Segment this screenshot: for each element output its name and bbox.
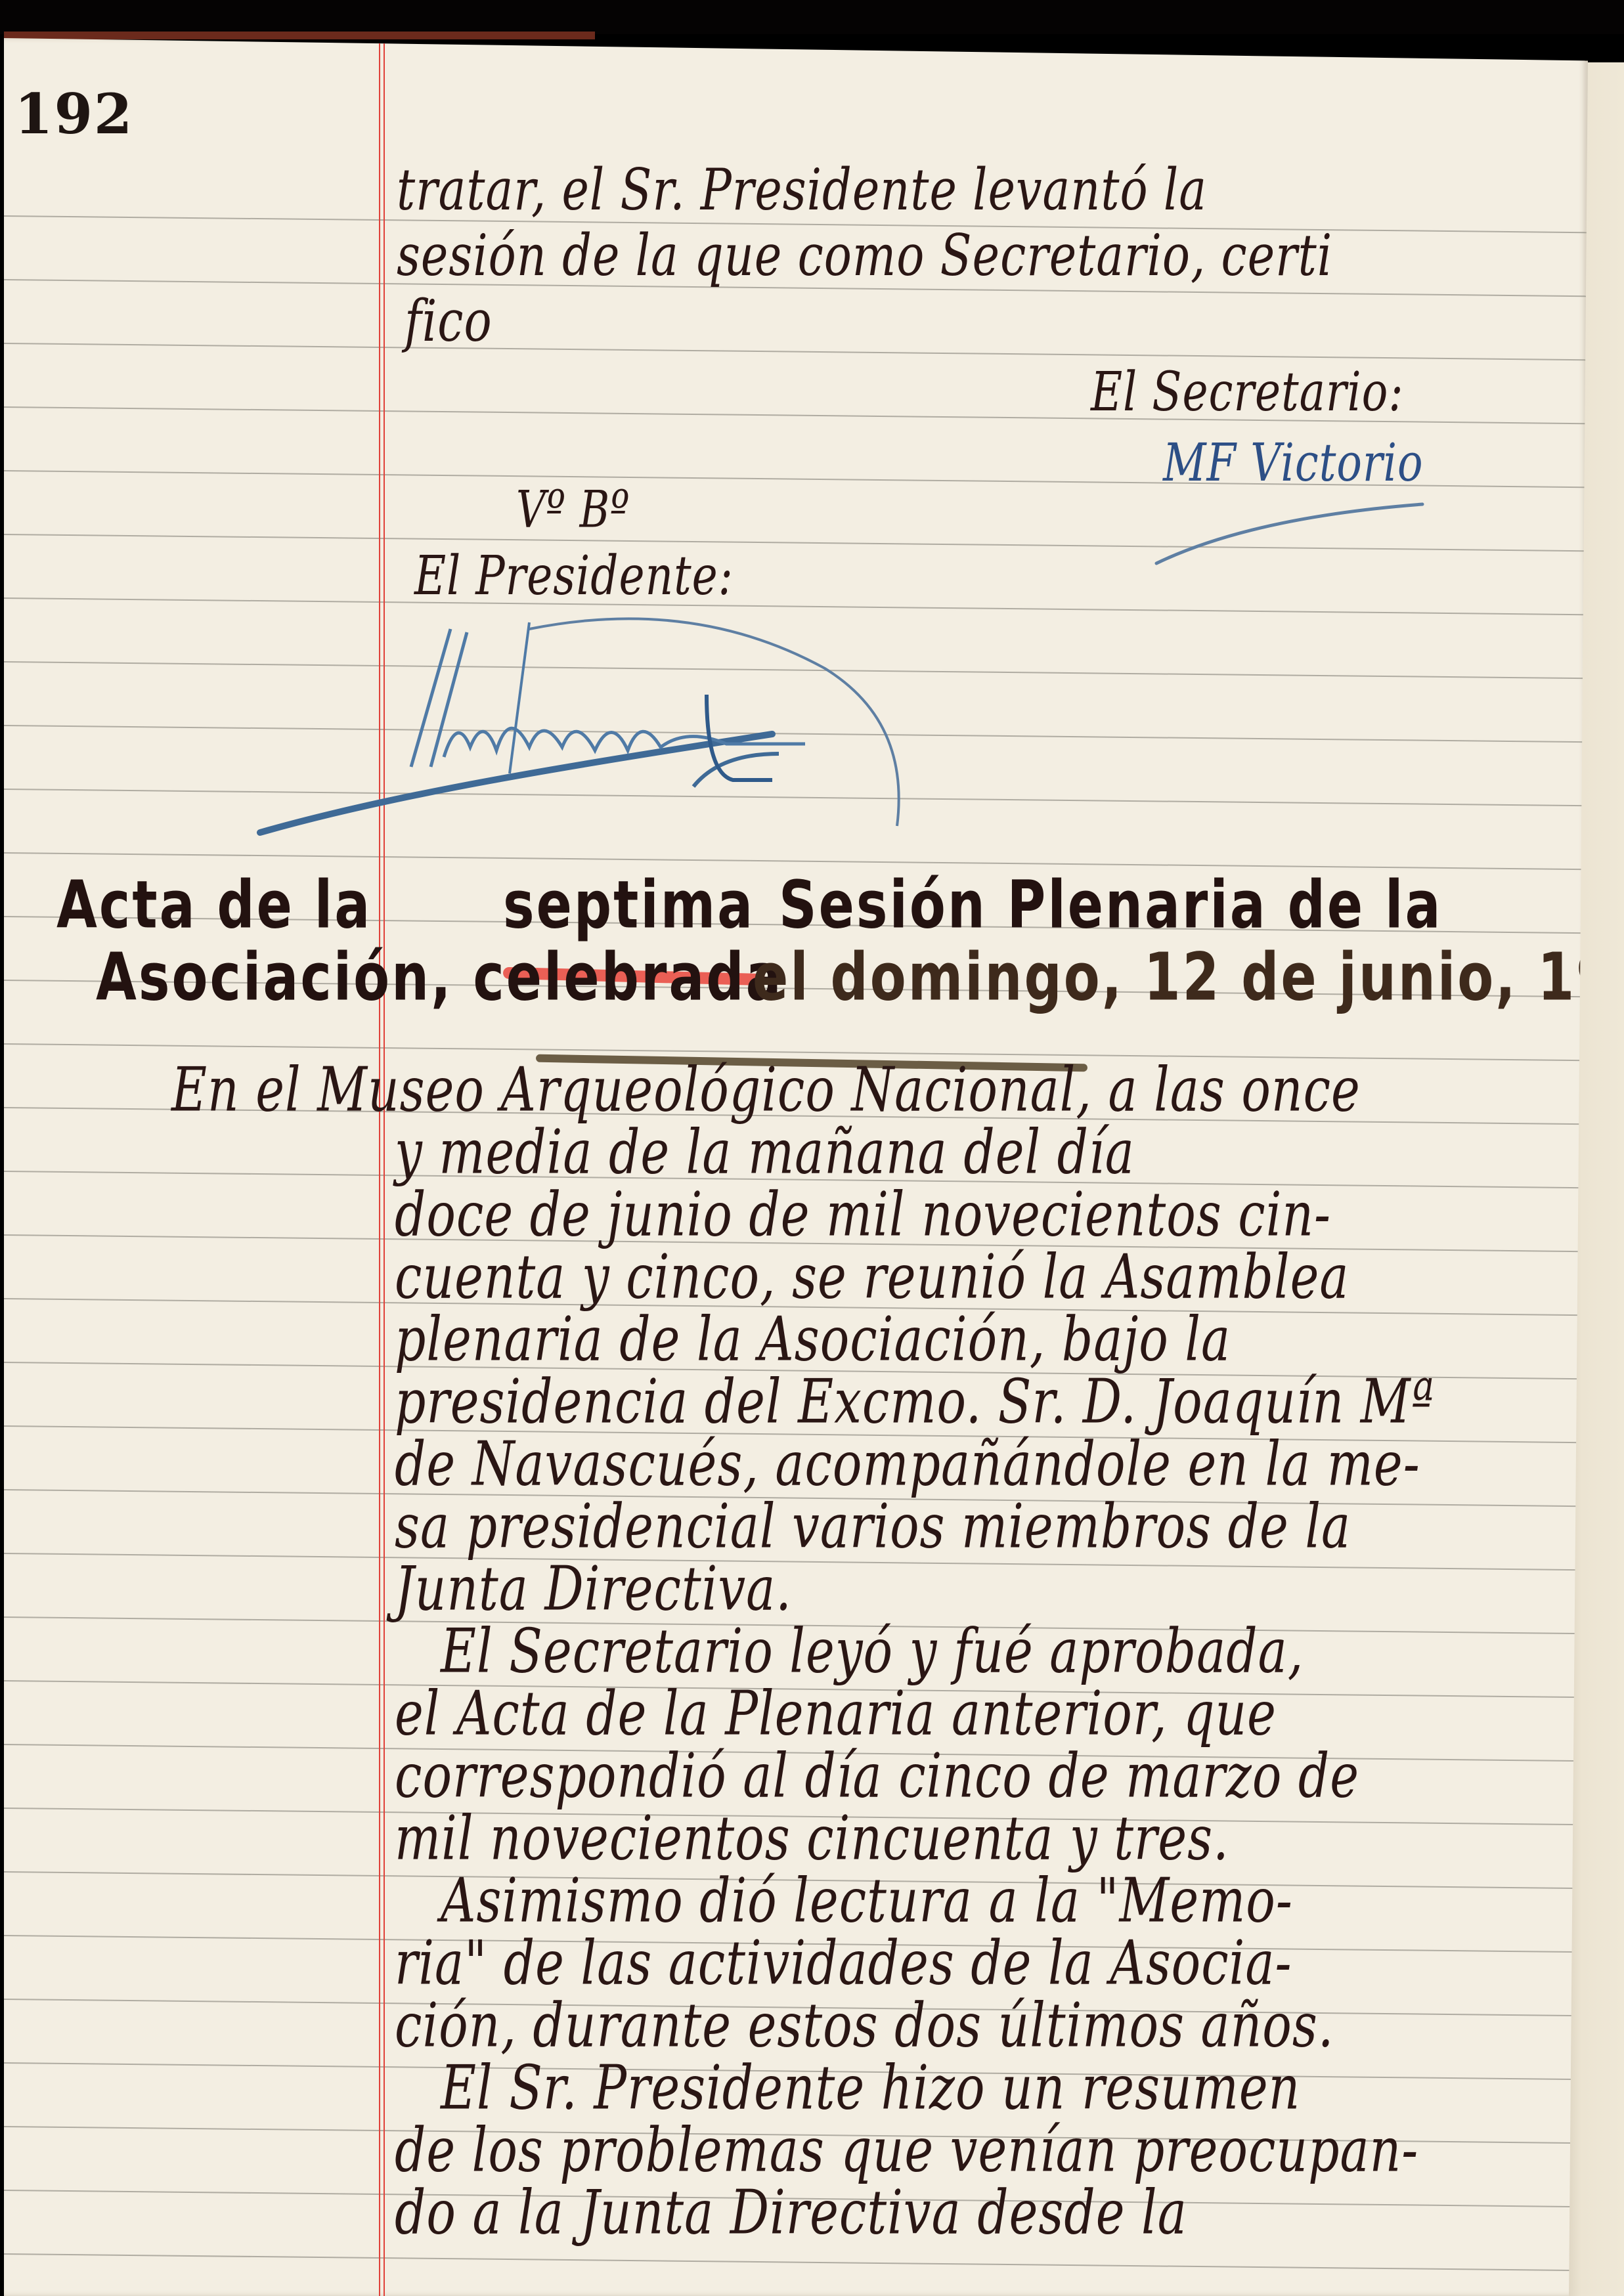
body-line: El Secretario leyó y fué aprobada, (441, 1616, 1304, 1687)
minutes-heading-line2: Asociación, celebrada (96, 939, 783, 1015)
body-line: sa presidencial varios miembros de la (395, 1492, 1351, 1563)
ruled-line (4, 2253, 1588, 2271)
body-line: y media de la mañana del día (395, 1117, 1135, 1188)
scan-background-top (0, 0, 1624, 34)
page-number: 192 (14, 81, 133, 146)
book-page-edge (4, 32, 595, 39)
previous-minutes-line: fico (405, 288, 493, 355)
body-line: de Navascués, acompañándole en la me- (395, 1429, 1420, 1500)
body-line: el Acta de la Plenaria anterior, que (395, 1679, 1277, 1750)
ruled-line (4, 343, 1588, 360)
secretary-signature-flourish (1153, 491, 1429, 570)
previous-minutes-line: tratar, el Sr. Presidente levantó la (397, 156, 1207, 224)
body-line: ción, durante estos dos últimos años. (395, 1991, 1334, 2062)
minutes-heading-date: el domingo, 12 de junio, 1955. (753, 939, 1624, 1015)
minutes-heading-line1-suffix: Sesión Plenaria de la (779, 867, 1442, 943)
body-line: plenaria de la Asociación, bajo la (395, 1305, 1231, 1375)
secretary-label: El Secretario: (1091, 360, 1404, 423)
body-line: Asimismo dió lectura a la "Memo- (441, 1866, 1293, 1937)
margin-line-red (384, 38, 385, 2296)
body-line: presidencia del Excmo. Sr. D. Joaquín Mª (395, 1367, 1435, 1438)
body-line: correspondió al día cinco de marzo de (395, 1741, 1359, 1812)
president-label: El Presidente: (414, 544, 734, 607)
body-line: ria" de las actividades de la Asocia- (395, 1928, 1292, 1999)
secretary-signature: MF Victorio (1163, 433, 1424, 494)
minutes-heading-line1-prefix: Acta de la (56, 867, 372, 943)
body-line: En el Museo Arqueológico Nacional, a las… (171, 1055, 1361, 1126)
body-line: do a la Junta Directiva desde la (395, 2178, 1187, 2249)
body-line: de los problemas que venían preocupan- (395, 2115, 1418, 2186)
approval-mark: Vº Bº (516, 479, 630, 539)
body-line: El Sr. Presidente hizo un resumen (441, 2053, 1300, 2124)
ledger-page: 192 tratar, el Sr. Presidente levantó la… (4, 38, 1588, 2296)
body-line: Junta Directiva. (395, 1554, 792, 1625)
body-line: doce de junio de mil novecientos cin- (395, 1180, 1331, 1251)
previous-minutes-line: sesión de la que como Secretario, certi (397, 222, 1332, 290)
minutes-heading-ordinal: septima (503, 867, 755, 943)
margin-line-red (379, 38, 380, 2296)
body-line: mil novecientos cincuenta y tres. (395, 1804, 1229, 1874)
ruled-line (4, 597, 1588, 615)
body-line: cuenta y cinco, se reunió la Asamblea (395, 1242, 1350, 1313)
president-signature (234, 616, 1055, 852)
